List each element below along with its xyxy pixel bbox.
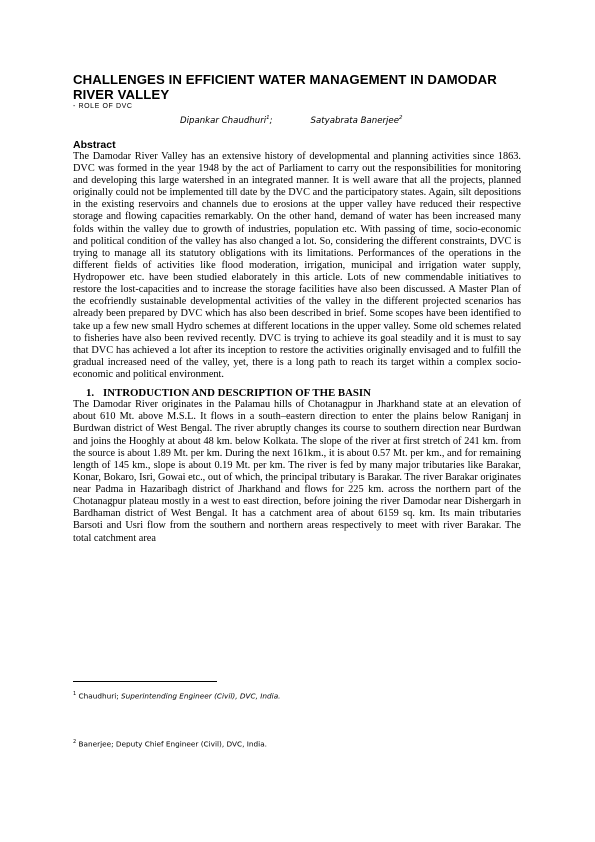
author-footnote-mark[interactable]: 2 (399, 115, 403, 121)
footnote-separator (73, 681, 217, 682)
section-heading: 1.INTRODUCTION AND DESCRIPTION OF THE BA… (86, 387, 521, 399)
section-number: 1. (86, 387, 103, 399)
footnote-name: Chaudhuri; (79, 691, 119, 700)
author-name: Satyabrata Banerjee (311, 116, 399, 126)
paper-subtitle: - ROLE OF DVC (73, 102, 521, 111)
footnote-mark: 1 (73, 691, 76, 697)
paper-title: CHALLENGES IN EFFICIENT WATER MANAGEMENT… (73, 72, 521, 102)
author-line: Dipankar Chaudhuri1;Satyabrata Banerjee2 (180, 112, 521, 127)
footnote-1: 1 Chaudhuri; Superintending Engineer (Ci… (73, 689, 281, 701)
abstract-text: The Damodar River Valley has an extensiv… (73, 151, 521, 381)
footnote-2: 2 Banerjee; Deputy Chief Engineer (Civil… (73, 737, 267, 749)
section-text: The Damodar River originates in the Pala… (73, 399, 521, 545)
footnote-affiliation: Superintending Engineer (Civil), DVC, In… (121, 691, 280, 700)
abstract-heading: Abstract (73, 139, 521, 151)
footnote-affiliation: Deputy Chief Engineer (Civil), DVC, Indi… (116, 739, 267, 748)
section-title: INTRODUCTION AND DESCRIPTION OF THE BASI… (103, 387, 371, 399)
author-name: Dipankar Chaudhuri (180, 116, 266, 126)
footnote-mark: 2 (73, 739, 76, 745)
author-separator: ; (270, 116, 273, 126)
paper-page: CHALLENGES IN EFFICIENT WATER MANAGEMENT… (73, 72, 521, 545)
footnote-name: Banerjee; (79, 739, 114, 748)
